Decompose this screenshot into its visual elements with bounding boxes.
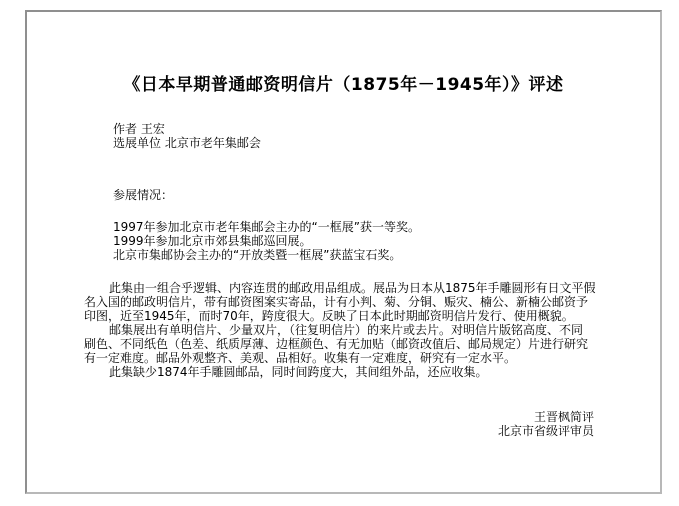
body-line: 邮集展出有单明信片、少量双片，（往复明信片）的来片或去片。对明信片版铭高度、不同 <box>84 323 602 337</box>
author-block: 作者 王宏 选展单位 北京市老年集邮会 <box>113 122 660 150</box>
exhibition-line-1999: 1999年参加北京市郊县集邮巡回展。 <box>113 234 660 248</box>
section-heading-participation: 参展情况： <box>113 188 660 202</box>
body-line: 有一定难度。邮品外观整齐、美观、品相好。收集有一定难度，研究有一定水平。 <box>84 351 602 365</box>
body-line: 印图，近至1945年，而时70年，跨度很大。反映了日本此时期邮资明信片发行、使用… <box>84 309 602 323</box>
body-line: 此集缺少1874年手雕圆邮品，同时间跨度大，其间组外品，还应收集。 <box>84 365 602 379</box>
exhibition-line-beijing: 北京市集邮协会主办的“开放类暨一框展”获蓝宝石奖。 <box>113 248 660 262</box>
exhibitor-unit-line: 选展单位 北京市老年集邮会 <box>113 136 660 150</box>
exhibition-line-1997: 1997年参加北京市老年集邮会主办的“一框展”获一等奖。 <box>113 220 660 234</box>
reviewer-name-line: 王晋枫简评 <box>27 410 594 424</box>
body-line: 刷色、不同纸色（色差、纸质厚薄、边框颜色、有无加贴（邮资改值后、邮局规定）片进行… <box>84 337 602 351</box>
author-line: 作者 王宏 <box>113 122 660 136</box>
document-title: 《日本早期普通邮资明信片（1875年－1945年）》评述 <box>27 74 660 96</box>
review-body-block: 此集由一组合乎逻辑、内容连贯的邮政用品组成。展品为日本从1875年手雕圆形有日文… <box>84 281 602 379</box>
document-page: 《日本早期普通邮资明信片（1875年－1945年）》评述 作者 王宏 选展单位 … <box>25 10 662 494</box>
body-line: 此集由一组合乎逻辑、内容连贯的邮政用品组成。展品为日本从1875年手雕圆形有日文… <box>84 281 602 295</box>
body-line: 名入国的邮政明信片，带有邮资图案实寄品，计有小判、菊、分铜、赈灾、楠公、新楠公邮… <box>84 295 602 309</box>
signature-block: 王晋枫简评 北京市省级评审员 <box>27 410 594 438</box>
exhibition-history-block: 1997年参加北京市老年集邮会主办的“一框展”获一等奖。 1999年参加北京市郊… <box>113 220 660 262</box>
reviewer-title-line: 北京市省级评审员 <box>27 424 594 438</box>
